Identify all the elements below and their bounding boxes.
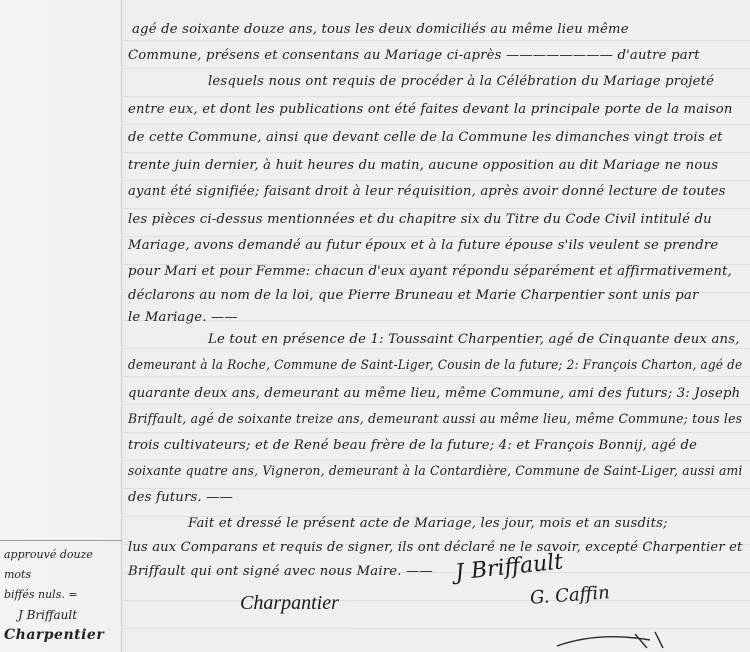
text-line: Briffault qui ont signé avec nous Maire.… — [128, 564, 433, 579]
text-line: entre eux, et dont les publications ont … — [128, 102, 733, 117]
signature-charpantier: Charpantier — [240, 592, 339, 615]
ruled-line — [124, 348, 750, 349]
ruled-line — [124, 628, 750, 629]
text-line: Commune, présens et consentans au Mariag… — [128, 48, 700, 63]
text-line: soixante quatre ans, Vigneron, demeurant… — [128, 464, 742, 479]
text-line: Mariage, avons demandé au futur époux et… — [128, 238, 718, 253]
text-line: Briffault, agé de soixante treize ans, d… — [128, 412, 742, 427]
text-line: ayant été signifiée; faisant droit à leu… — [128, 184, 726, 199]
ruled-line — [124, 124, 750, 125]
margin-note-line: biffés nuls. = — [4, 585, 122, 605]
margin-divider — [0, 540, 122, 541]
text-line: déclarons au nom de la loi, que Pierre B… — [128, 288, 698, 303]
margin-note-line: approuvé douze mots — [4, 545, 122, 585]
margin-annotation: approuvé douze mots biffés nuls. = J Bri… — [4, 545, 122, 645]
text-line: agé de soixante douze ans, tous les deux… — [132, 22, 629, 37]
ruled-line — [124, 600, 750, 601]
margin-signature-briffault: J Briffault — [4, 605, 122, 625]
scanned-page: agé de soixante douze ans, tous les deux… — [0, 0, 750, 652]
ruled-line — [124, 460, 750, 461]
text-line: pour Mari et pour Femme: chacun d'eux ay… — [128, 264, 732, 279]
text-line: quarante deux ans, demeurant au même lie… — [128, 386, 740, 401]
text-line: trente juin dernier, à huit heures du ma… — [128, 158, 718, 173]
text-line: Fait et dressé le présent acte de Mariag… — [188, 516, 668, 531]
ruled-line — [124, 376, 750, 377]
ruled-line — [124, 488, 750, 489]
text-line: lus aux Comparans et requis de signer, i… — [128, 540, 742, 555]
ruled-line — [124, 68, 750, 69]
text-line: des futurs. —— — [128, 490, 233, 505]
margin-signature-charpentier: Charpentier — [4, 625, 122, 645]
ruled-line — [124, 96, 750, 97]
ruled-line — [124, 404, 750, 405]
ruled-line — [124, 432, 750, 433]
ruled-line — [124, 208, 750, 209]
ruled-line — [124, 180, 750, 181]
text-line: le Mariage. —— — [128, 310, 238, 325]
ruled-line — [124, 236, 750, 237]
text-line: demeurant à la Roche, Commune de Saint-L… — [128, 358, 742, 373]
text-line: les pièces ci-dessus mentionnées et du c… — [128, 212, 712, 227]
signature-flourish-icon — [555, 630, 675, 650]
ruled-line — [124, 152, 750, 153]
text-line: lesquels nous ont requis de procéder à l… — [208, 74, 714, 89]
text-line: trois cultivateurs; et de René beau frèr… — [128, 438, 697, 453]
text-line: de cette Commune, ainsi que devant celle… — [128, 130, 723, 145]
signature-mayor: G. Caffin — [529, 582, 610, 609]
text-line: Le tout en présence de 1: Toussaint Char… — [208, 332, 740, 347]
ruled-line — [124, 40, 750, 41]
